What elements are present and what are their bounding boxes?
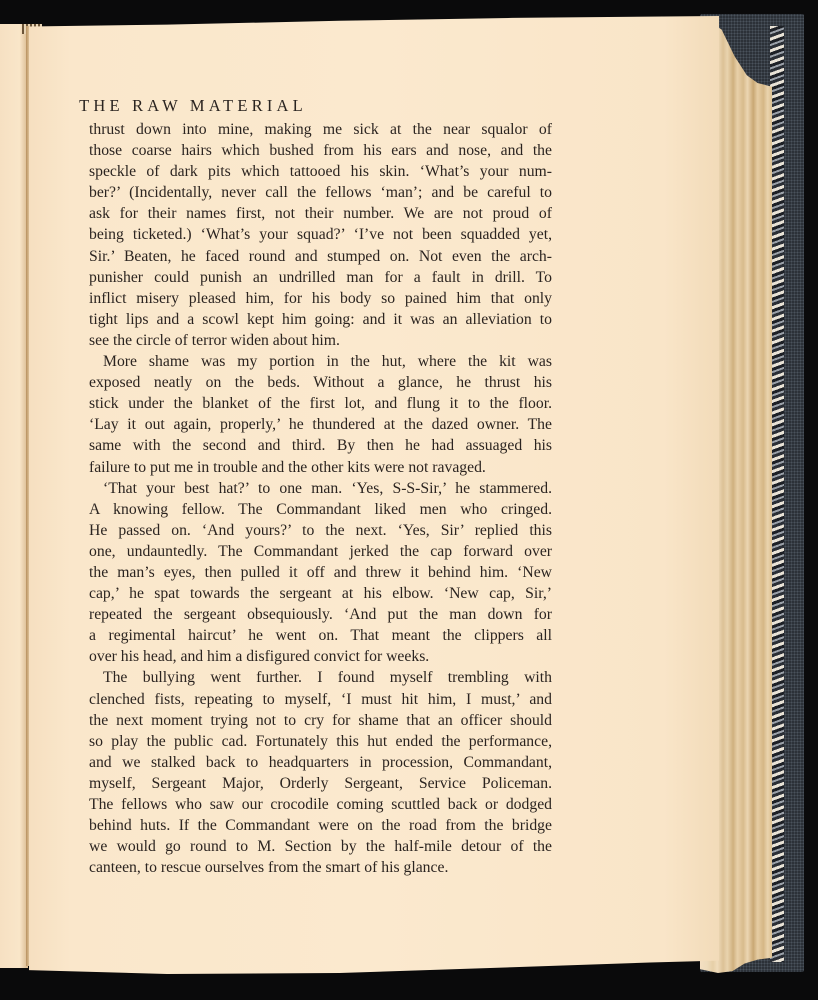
text-line: clenched fists, repeating to myself, ‘I … [89,689,552,710]
text-line: inflict misery pleased him, for his body… [89,288,552,309]
text-line: behind huts. If the Commandant were on t… [89,815,552,836]
text-line: He passed on. ‘And yours?’ to the next. … [89,520,552,541]
text-line: More shame was my portion in the hut, wh… [89,351,552,372]
photo-scene: THE RAW MATERIAL thrust down into mine, … [0,0,818,1000]
paragraph: ‘That your best hat?’ to one man. ‘Yes, … [89,478,552,668]
text-line: and we stalked back to headquarters in p… [89,752,552,773]
text-line: A knowing fellow. The Commandant liked m… [89,499,552,520]
text-line: ‘That your best hat?’ to one man. ‘Yes, … [89,478,552,499]
paragraph: The bullying went further. I found mysel… [89,667,552,878]
text-line: punisher could punish an undrilled man f… [89,267,552,288]
text-line: being ticketed.) ‘What’s your squad?’ ‘I… [89,224,552,245]
text-line: so play the public cad. Fortunately this… [89,731,552,752]
body-text: thrust down into mine, making me sick at… [89,119,552,878]
text-line: thrust down into mine, making me sick at… [89,119,552,140]
paragraph: More shame was my portion in the hut, wh… [89,351,552,478]
marbled-endpaper [770,26,784,962]
page-number: 71 [29,794,719,811]
text-line: Sir.’ Beaten, he faced round and stumped… [89,246,552,267]
text-line: over his head, and him a disfigured conv… [89,646,552,667]
text-line: the next moment trying not to cry for sh… [89,710,552,731]
text-line: we would go round to M. Section by the h… [89,836,552,857]
text-line: canteen, to rescue ourselves from the sm… [89,857,552,878]
text-line: exposed neatly on the beds. Without a gl… [89,372,552,393]
running-head-text: THE RAW MATERIAL [79,96,307,115]
text-line: tight lips and a scowl kept him going: a… [89,309,552,330]
paragraph: thrust down into mine, making me sick at… [89,119,552,351]
text-line: ber?’ (Incidentally, never call the fell… [89,182,552,203]
text-line: same with the second and third. By then … [89,435,552,456]
book-page: THE RAW MATERIAL thrust down into mine, … [29,16,719,974]
text-line: those coarse hairs which bushed from his… [89,140,552,161]
text-line: stick under the blanket of the first lot… [89,393,552,414]
text-line: ask for their names first, not their num… [89,203,552,224]
text-line: a regimental haircut’ he went on. That m… [89,625,552,646]
text-line: speckle of dark pits which tattooed his … [89,161,552,182]
text-line: failure to put me in trouble and the oth… [89,457,552,478]
text-line: see the circle of terror widen about him… [89,330,552,351]
text-line: the man’s eyes, then pulled it off and t… [89,562,552,583]
running-head: THE RAW MATERIAL [29,96,719,116]
text-line: ‘Lay it out again, properly,’ he thunder… [89,414,552,435]
text-line: one, undauntedly. The Commandant jerked … [89,541,552,562]
text-line: cap,’ he spat towards the sergeant at hi… [89,583,552,604]
facing-page-edge [0,24,28,968]
text-line: The bullying went further. I found mysel… [89,667,552,688]
text-line: repeated the sergeant obsequiously. ‘And… [89,604,552,625]
text-line: myself, Sergeant Major, Orderly Sergeant… [89,773,552,794]
